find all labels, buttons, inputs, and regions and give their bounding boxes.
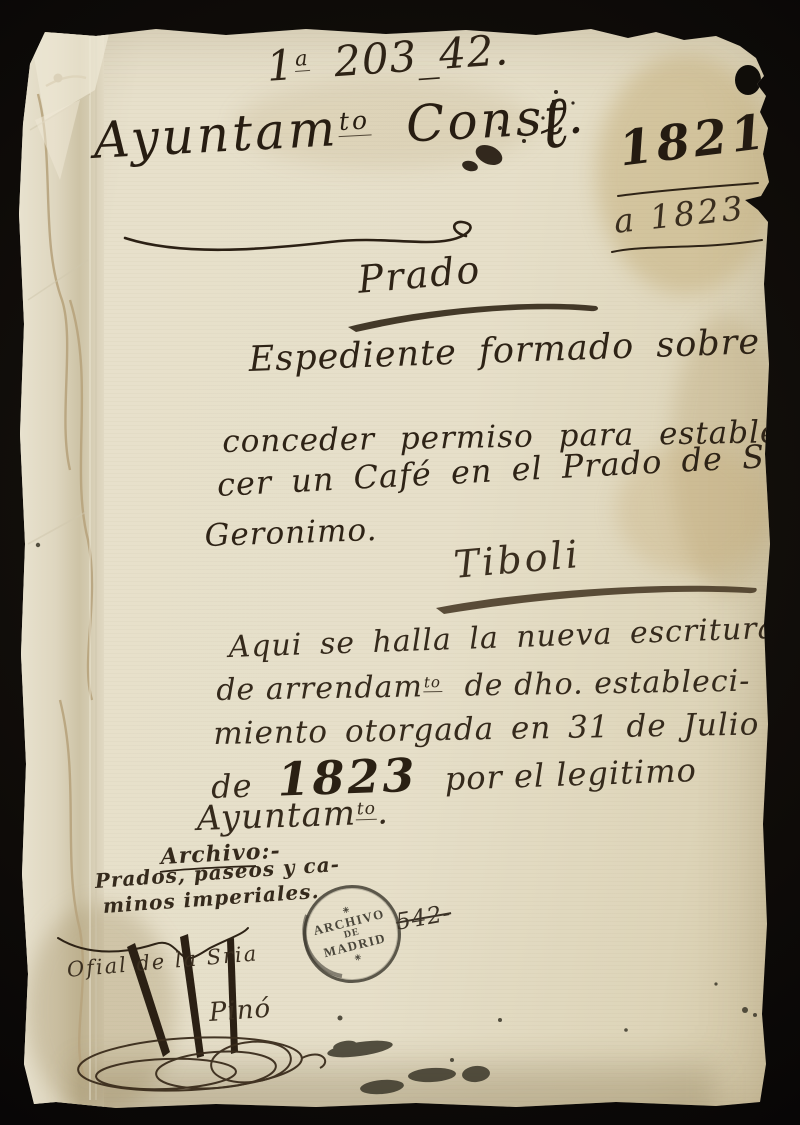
manuscript-page: 1a 203_42. Ayuntamto Const. ℓ 1821 a 182… (16, 24, 772, 1110)
title-word-ayuntamiento: Ayuntam (92, 99, 340, 170)
paragraph2-line2-sup: to (423, 673, 442, 692)
paragraph2-line1: Aqui se halla la nueva escritura (228, 611, 777, 665)
paragraph2-line4-rest: por el legitimo (444, 751, 697, 798)
paragraph1-line4: Geronimo. (204, 512, 378, 554)
paragraph2-line2-rest: de dho. estableci- (464, 664, 750, 704)
section-label-prado: Prado (356, 247, 483, 302)
paragraph1-line1: Espediente formado sobre (248, 322, 761, 380)
stamp-star-icon: ✳ (353, 952, 362, 964)
year-range-bottom: a 1823 (612, 188, 748, 241)
file-number-sup: a (293, 46, 310, 72)
crossed-out-number: 542- (394, 900, 453, 935)
paragraph2-line5-period: . (376, 792, 389, 832)
signature-name: Pinó (208, 994, 272, 1028)
paragraph2-line5-word: Ayuntam (196, 793, 357, 839)
paragraph2-line2-pre: de arrendam (216, 669, 423, 708)
tivoli-underline-swash (436, 586, 757, 614)
edge-ink-blob (735, 65, 761, 95)
prado-underline-swash (348, 304, 598, 332)
title-line: Ayuntamto Const. (92, 86, 588, 170)
book-spine (16, 24, 104, 1110)
paper-stain (76, 1064, 716, 1124)
section-label-tivoli: Tiboli (452, 532, 582, 587)
photograph-background: 1a 203_42. Ayuntamto Const. ℓ 1821 a 182… (0, 0, 800, 1125)
paragraph2-line2: de arrendamto de dho. estableci- (216, 664, 751, 708)
title-superscript: to (337, 105, 372, 137)
year-range-top: 1821 (616, 104, 771, 178)
title-underline-flourish (125, 222, 471, 250)
paragraph2-line5: Ayuntamto. (196, 792, 390, 839)
signature-rubric-flourish (77, 1032, 325, 1096)
file-number-line: 1a 203_42. (265, 25, 510, 91)
file-number-pre: 1 (265, 40, 296, 91)
file-number-rest: 203_42. (332, 25, 510, 86)
paragraph2-line5-sup: to (355, 799, 377, 821)
